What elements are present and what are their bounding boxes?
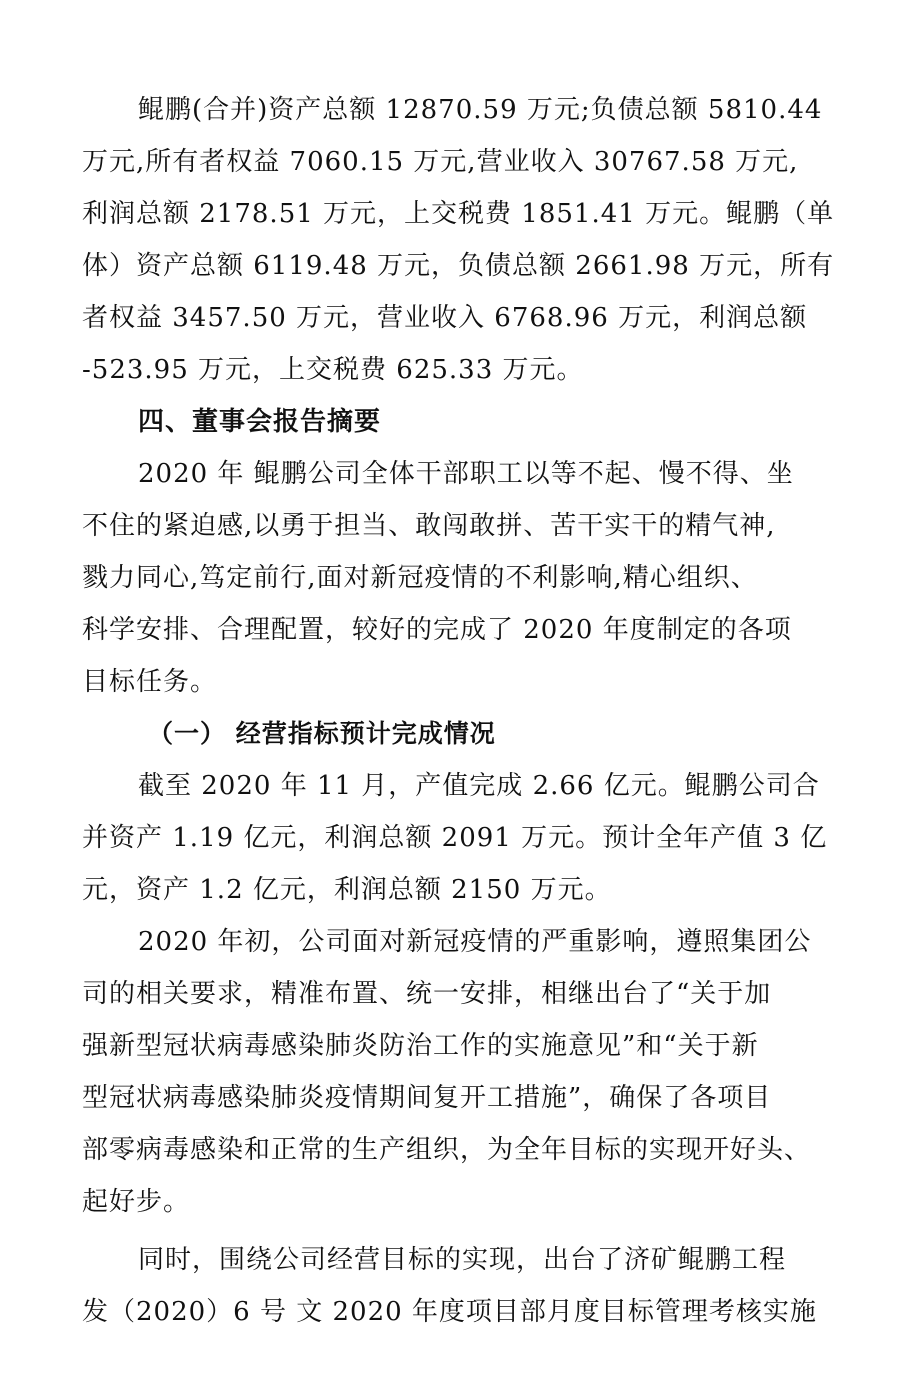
text-line: 起好步。 bbox=[82, 1176, 190, 1228]
text-line: 同时，围绕公司经营目标的实现，出台了济矿鲲鹏工程 bbox=[138, 1234, 786, 1286]
text-line: 司的相关要求，精准布置、统一安排，相继出台了“关于加 bbox=[82, 968, 771, 1020]
text-line: -523.95 万元，上交税费 625.33 万元。 bbox=[82, 344, 584, 396]
section-heading-board-report: 四、董事会报告摘要 bbox=[138, 396, 381, 448]
text-line: 截至 2020 年 11 月，产值完成 2.66 亿元。鲲鹏公司合 bbox=[138, 760, 820, 812]
text-line: 2020 年 鲲鹏公司全体干部职工以等不起、慢不得、坐 bbox=[138, 448, 794, 500]
text-line: 者权益 3457.50 万元，营业收入 6768.96 万元，利润总额 bbox=[82, 292, 807, 344]
text-line: 发（2020）6 号 文 2020 年度项目部月度目标管理考核实施 bbox=[82, 1286, 817, 1338]
text-line: 部零病毒感染和正常的生产组织，为全年目标的实现开好头、 bbox=[82, 1124, 811, 1176]
text-line: 并资产 1.19 亿元，利润总额 2091 万元。预计全年产值 3 亿 bbox=[82, 812, 827, 864]
text-line: 不住的紧迫感,以勇于担当、敢闯敢拼、苦干实干的精气神, bbox=[82, 500, 776, 552]
text-line: 科学安排、合理配置，较好的完成了 2020 年度制定的各项 bbox=[82, 604, 792, 656]
text-line: 利润总额 2178.51 万元，上交税费 1851.41 万元。鲲鹏（单 bbox=[82, 188, 834, 240]
text-line: 体）资产总额 6119.48 万元，负债总额 2661.98 万元，所有 bbox=[82, 240, 834, 292]
text-line: 万元,所有者权益 7060.15 万元,营业收入 30767.58 万元, bbox=[82, 136, 798, 188]
text-line: 目标任务。 bbox=[82, 656, 217, 708]
text-line: 强新型冠状病毒感染肺炎防治工作的实施意见”和“关于新 bbox=[82, 1020, 759, 1072]
text-line: 鲲鹏(合并)资产总额 12870.59 万元;负债总额 5810.44 bbox=[138, 84, 822, 136]
subsection-heading-operating-indicators: （一） 经营指标预计完成情况 bbox=[148, 708, 496, 760]
text-line: 元，资产 1.2 亿元，利润总额 2150 万元。 bbox=[82, 864, 612, 916]
text-line: 2020 年初，公司面对新冠疫情的严重影响，遵照集团公 bbox=[138, 916, 811, 968]
text-line: 型冠状病毒感染肺炎疫情期间复开工措施”，确保了各项目 bbox=[82, 1072, 771, 1124]
text-line: 戮力同心,笃定前行,面对新冠疫情的不利影响,精心组织、 bbox=[82, 552, 758, 604]
